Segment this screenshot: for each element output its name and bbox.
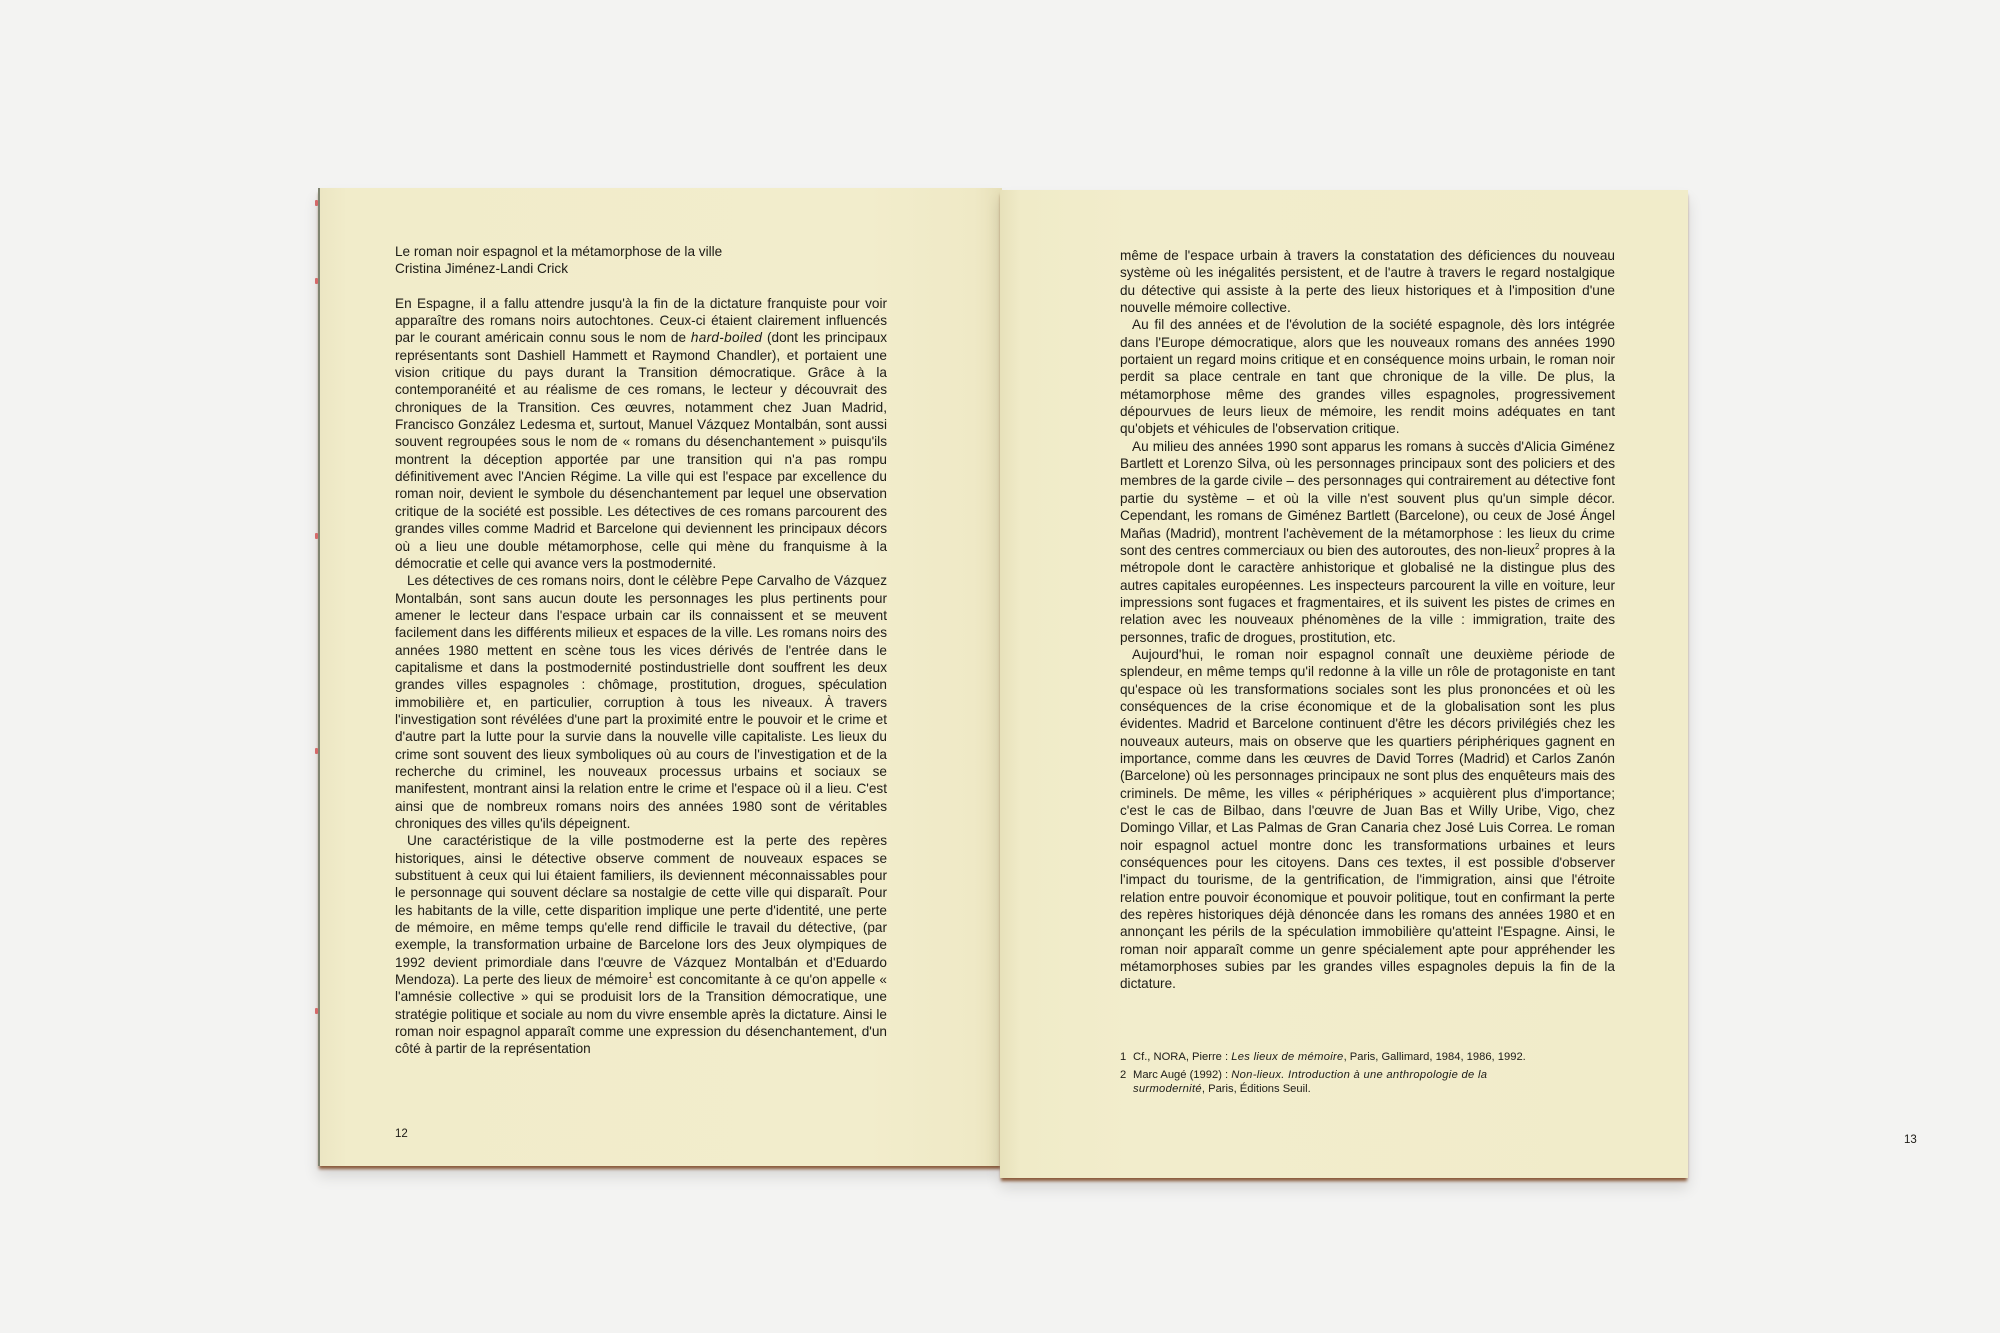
binding-stitch: [315, 200, 318, 206]
article-title: Le roman noir espagnol et la métamorphos…: [395, 243, 887, 260]
paragraph: En Espagne, il a fallu attendre jusqu'à …: [395, 295, 887, 573]
right-page-text: même de l'espace urbain à travers la con…: [1120, 247, 1615, 993]
binding-stitch: [315, 1008, 318, 1014]
open-booklet-spread: Le roman noir espagnol et la métamorphos…: [318, 188, 1688, 1178]
left-page-text: Le roman noir espagnol et la métamorphos…: [395, 243, 887, 1058]
binding-stitch: [315, 278, 318, 284]
footnote-number: 1: [1120, 1050, 1133, 1065]
left-page: Le roman noir espagnol et la métamorphos…: [318, 188, 1002, 1166]
footnote: 2 Marc Augé (1992) : Non-lieux. Introduc…: [1120, 1068, 1615, 1097]
footnote-number: 2: [1120, 1068, 1133, 1097]
paragraph: Une caractéristique de la ville postmode…: [395, 832, 887, 1057]
paragraph: Au fil des années et de l'évolution de l…: [1120, 316, 1615, 437]
binding-stitch: [315, 533, 318, 539]
paragraph: même de l'espace urbain à travers la con…: [1120, 247, 1615, 316]
article-author: Cristina Jiménez-Landi Crick: [395, 260, 887, 277]
article-header: Le roman noir espagnol et la métamorphos…: [395, 243, 887, 278]
footnote: 1 Cf., NORA, Pierre : Les lieux de mémoi…: [1120, 1050, 1615, 1065]
italic-term: hard-boiled: [691, 330, 762, 345]
page-number: 13: [1904, 1134, 1917, 1146]
page-number: 12: [395, 1128, 408, 1140]
paragraph: Aujourd'hui, le roman noir espagnol conn…: [1120, 646, 1615, 993]
footnotes: 1 Cf., NORA, Pierre : Les lieux de mémoi…: [1120, 1050, 1615, 1100]
binding-stitch: [315, 748, 318, 754]
paragraph: Au milieu des années 1990 sont apparus l…: [1120, 438, 1615, 646]
right-page: même de l'espace urbain à travers la con…: [1000, 190, 1688, 1178]
paragraph: Les détectives de ces romans noirs, dont…: [395, 572, 887, 832]
